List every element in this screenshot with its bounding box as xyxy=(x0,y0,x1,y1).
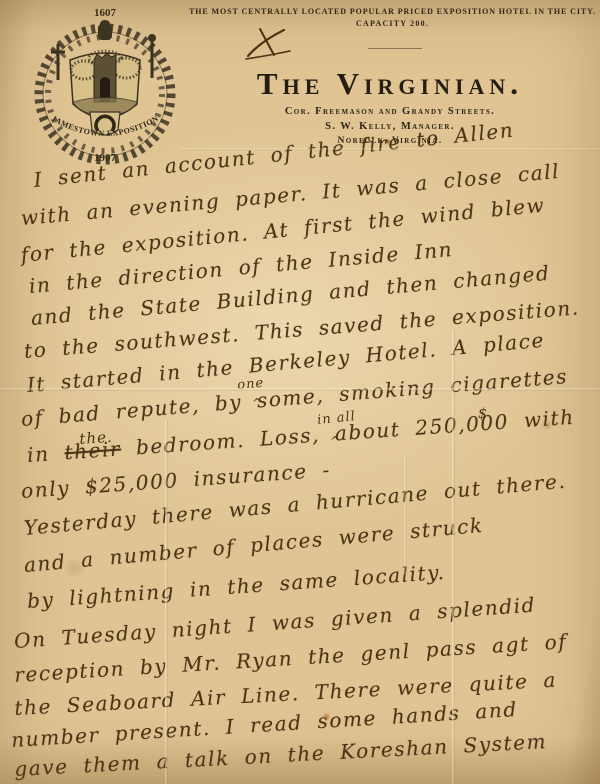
hotel-address: Cor. Freemason and Grandy Streets. xyxy=(180,106,600,117)
insertion-one: one xyxy=(237,376,265,393)
hotel-name: The Virginian. xyxy=(180,66,600,102)
ornament-scepter-head xyxy=(148,34,156,42)
paper-crease xyxy=(404,455,407,575)
banner-line1: THE MOST CENTRALLY LOCATED POPULAR PRICE… xyxy=(185,7,600,16)
emblem-year-top: 1607 xyxy=(94,7,117,19)
jamestown-exposition-emblem: 1607 JAMESTOWN EXPOSITION 1907 xyxy=(18,0,190,168)
letter-page: THE MOST CENTRALLY LOCATED POPULAR PRICE… xyxy=(0,0,600,784)
insertion-the: the. xyxy=(79,428,114,448)
line-pre: in xyxy=(26,440,65,467)
crest-figure-head xyxy=(100,20,110,28)
insertion-dollar: $ xyxy=(478,406,488,422)
caret-mark: ^ xyxy=(252,396,262,410)
handwritten-check-icon xyxy=(240,22,304,64)
caret-mark: ^ xyxy=(330,434,340,448)
divider-rule xyxy=(368,48,422,49)
